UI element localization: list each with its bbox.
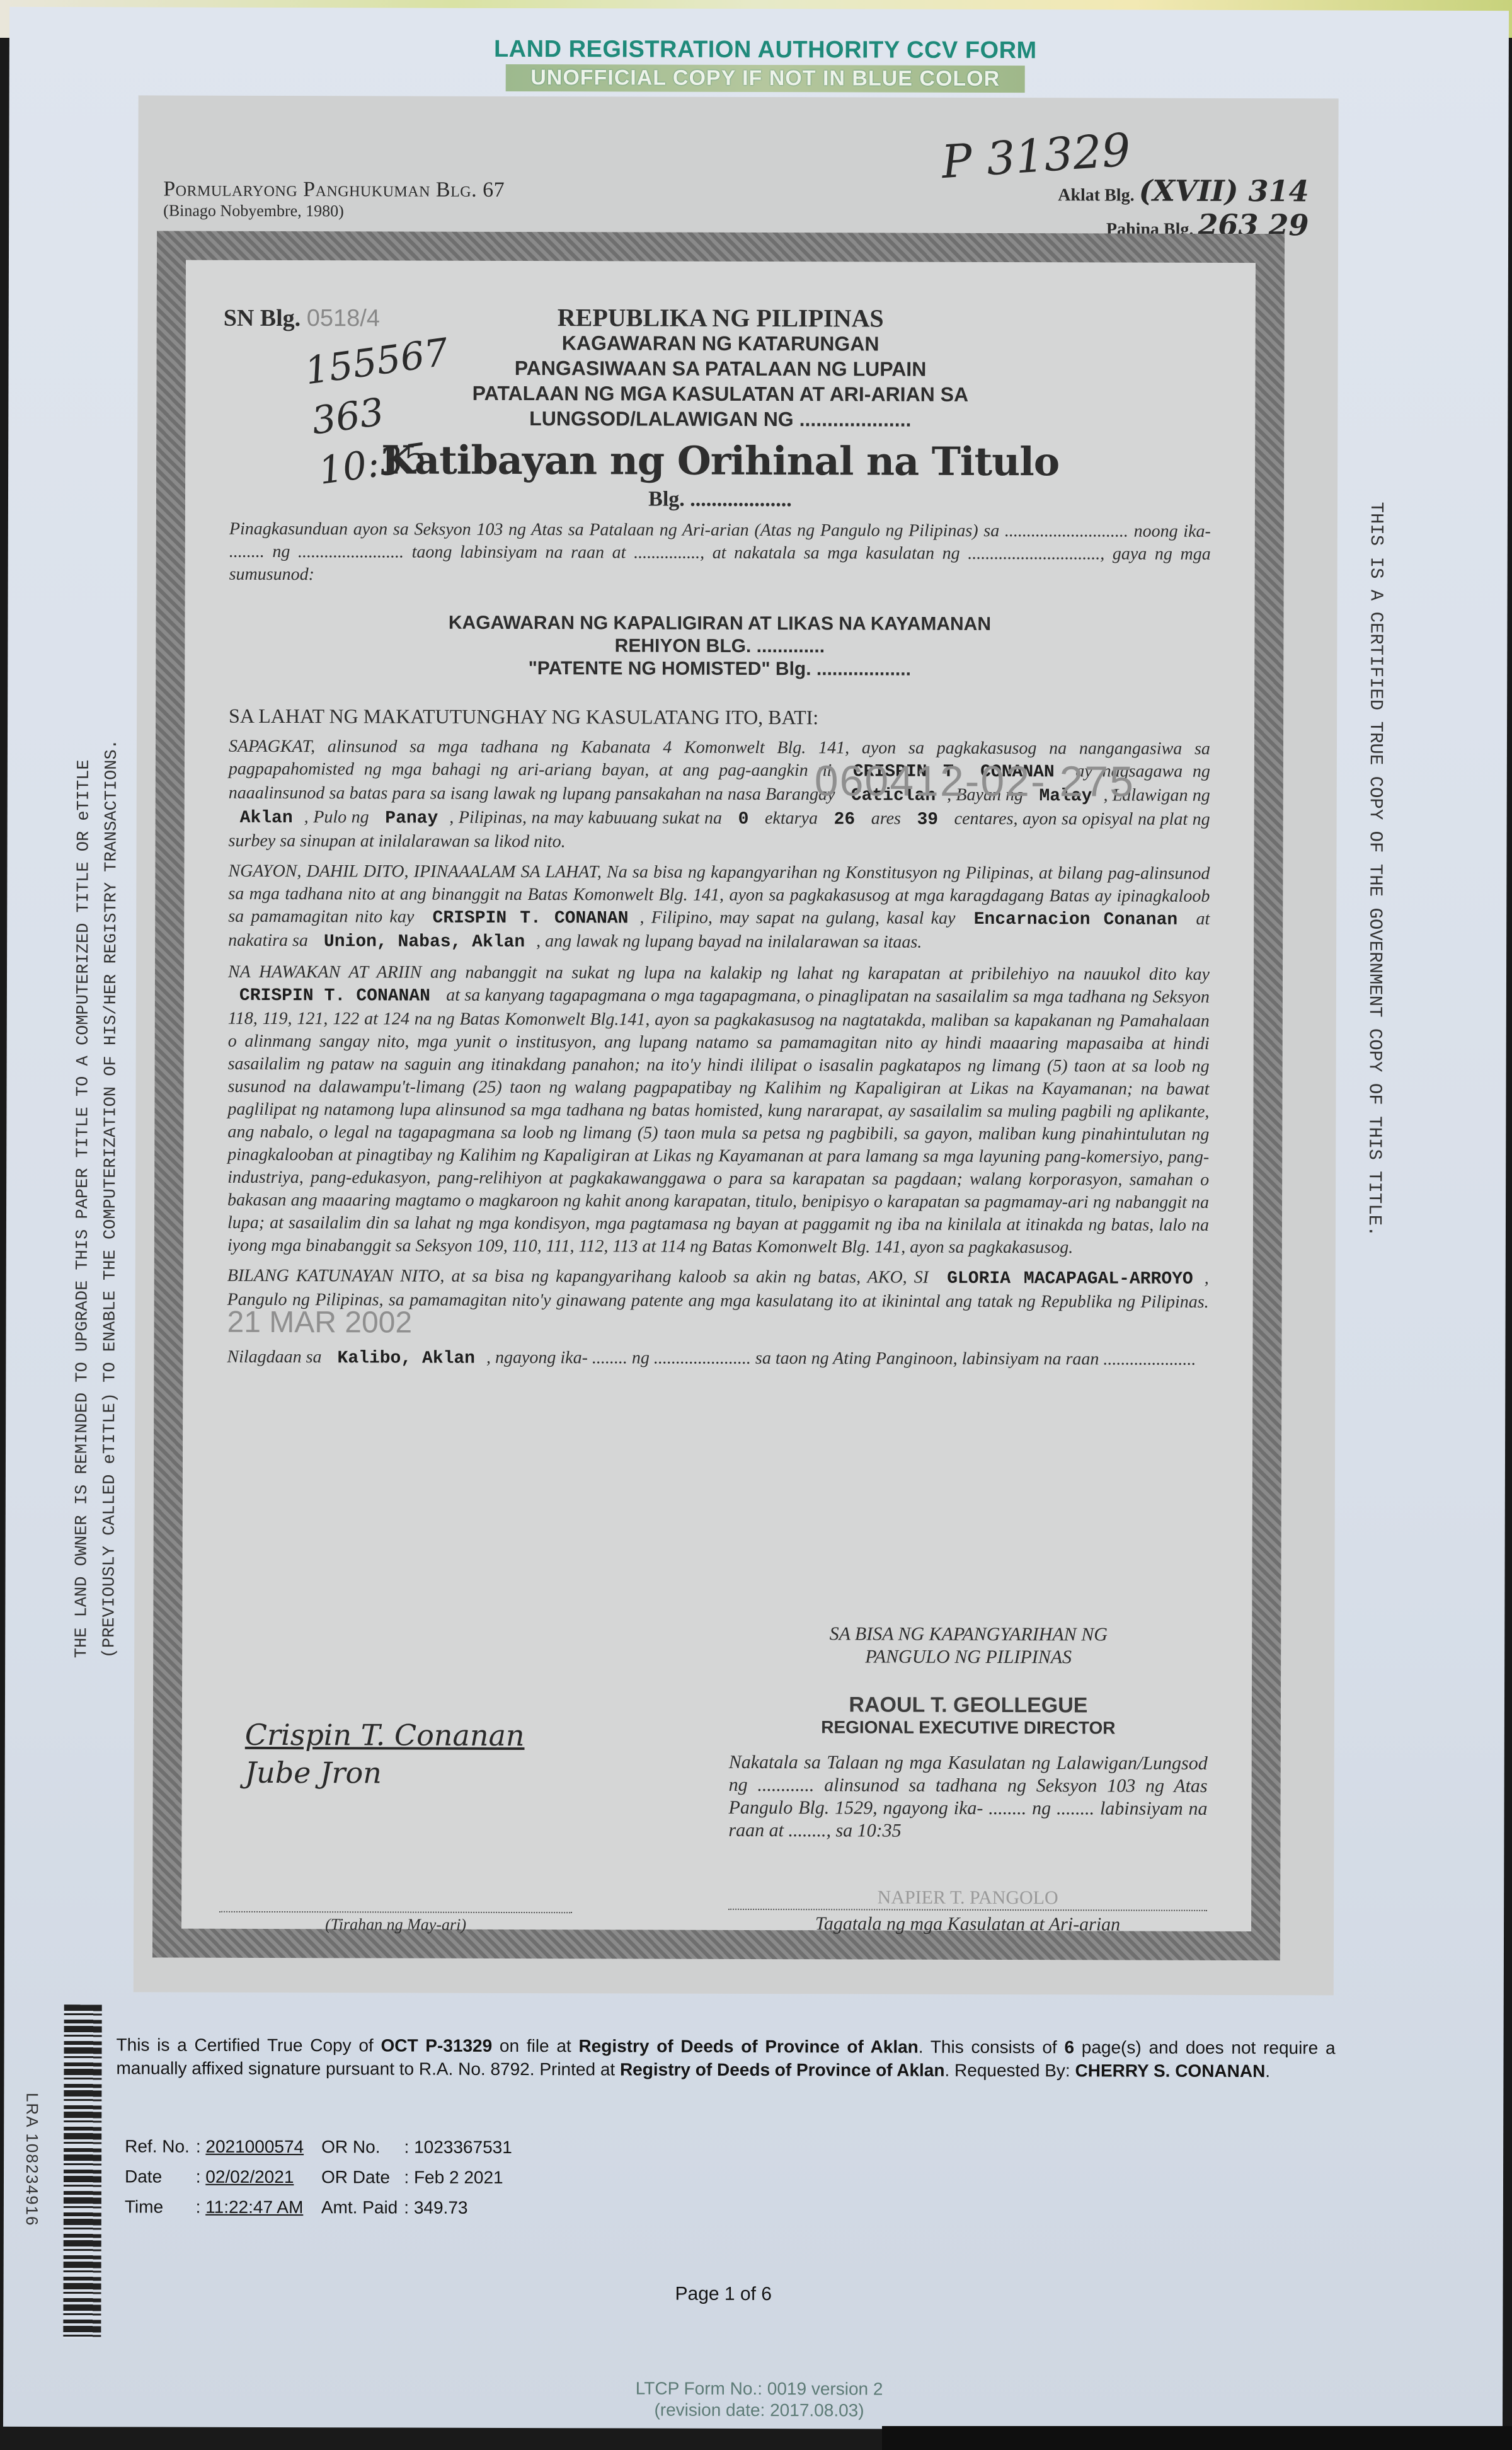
holder-name: CRISPIN T. CONANAN [228, 986, 442, 1006]
text: . This consists of [919, 2037, 1065, 2057]
text: , Pulo ng [304, 807, 369, 827]
barcode [63, 2004, 101, 2338]
or-no-value: 1023367531 [414, 2137, 512, 2157]
denr-region: REHIYON BLG. ............. [229, 634, 1210, 659]
serial-number: SN Blg. 0518/4 [224, 304, 380, 333]
registrar-name: NAPIER T. PANGOLO [728, 1886, 1207, 1910]
paragraph-ngayon: NGAYON, DAHIL DITO, IPINAAALAM SA LAHAT,… [228, 860, 1210, 956]
province: Aklan [229, 808, 304, 828]
owner-address-label: (Tirahan ng May-ari) [219, 1911, 572, 1935]
paragraph-bilang-katunayan: BILANG KATUNAYAN NITO, at sa bisa ng kap… [227, 1265, 1209, 1341]
text: ektarya [765, 808, 818, 828]
or-date-value: Feb 2 2021 [414, 2168, 503, 2187]
computerization-reminder: THE LAND OWNER IS REMINDED TO UPGRADE TH… [68, 739, 126, 1658]
text: . Requested By: [944, 2061, 1075, 2081]
registration-text: Nakatala sa Talaan ng mga Kasulatan ng L… [728, 1751, 1207, 1843]
president-name: GLORIA MACAPAGAL-ARROYO [936, 1269, 1205, 1289]
title-blg: Blg. ................... [229, 486, 1211, 513]
registrar-title: Tagatala ng mga Kasulatan at Ari-arian [728, 1909, 1207, 1936]
amount-paid-label: Amt. Paid [310, 2193, 403, 2222]
text: BILANG KATUNAYAN NITO, at sa bisa ng kap… [227, 1266, 929, 1287]
form-identifier: Pormularyong Panghukuman Blg. 67 (Binago… [163, 178, 505, 221]
owner-signature: Crispin T. Conanan Jube Jron [245, 1716, 525, 1792]
text: , ang lawak ng lupang bayad na inilalara… [536, 931, 922, 952]
homestead-patent: "PATENTE NG HOMISTED" Blg. .............… [229, 657, 1210, 682]
text: NA HAWAKAN AT ARIIN ang nabanggit na suk… [228, 962, 1210, 984]
owner-signature-2: Jube Jron [245, 1754, 525, 1792]
form-name: Pormularyong Panghukuman Blg. 67 [163, 178, 505, 202]
residence: Union, Nabas, Aklan [312, 932, 536, 952]
area-hectares: 0 [727, 810, 760, 829]
page-count: 6 [1064, 2037, 1074, 2057]
issue-date-stamp: 21 MAR 2002 [227, 1306, 412, 1340]
ltcp-form-number: LTCP Form No.: 0019 version 2 [608, 2378, 910, 2400]
reminder-line-1: THE LAND OWNER IS REMINDED TO UPGRADE TH… [68, 739, 98, 1658]
grantee-name: CRISPIN T. CONANAN [421, 909, 640, 929]
authority-title: LAND REGISTRATION AUTHORITY CCV FORM [444, 36, 1087, 65]
form-revised: (Binago Nobyembre, 1980) [163, 202, 505, 221]
background-shadow [882, 2426, 1512, 2450]
intro-paragraph: Pinagkasunduan ayon sa Seksyon 103 ng At… [229, 518, 1211, 589]
time-value: 11:22:47 AM [205, 2197, 303, 2217]
island: Panay [374, 808, 449, 828]
page-indicator: Page 1 of 6 [675, 2284, 772, 2305]
amount-paid-value: 349.73 [414, 2198, 468, 2217]
revision-date: (revision date: 2017.08.03) [608, 2399, 910, 2421]
signed-place: Kalibo, Aklan [326, 1349, 487, 1369]
text: at sa kanyang tagapagmana o mga tagapagm… [227, 986, 1210, 1258]
certified-true-copy-note: THIS IS A CERTIFIED TRUE COPY OF THE GOV… [1364, 502, 1387, 1237]
transaction-references: Ref. No. : 2021000574 OR No. : 102336753… [123, 2131, 518, 2224]
registry-office: Registry of Deeds of Province of Aklan [578, 2036, 918, 2056]
denr-department: KAGAWARAN NG KAPALIGIRAN AT LIKAS NA KAY… [229, 611, 1210, 636]
text: on file at [492, 2036, 578, 2056]
owner-signature-name: Crispin T. Conanan [245, 1716, 525, 1754]
printed-at: Registry of Deeds of Province of Aklan [620, 2059, 945, 2079]
or-no-label: OR No. [310, 2132, 403, 2161]
unofficial-notice: UNOFFICIAL COPY IF NOT IN BLUE COLOR [505, 64, 1025, 93]
date-label: Date [125, 2162, 195, 2191]
text: , Filipino, may sapat na gulang, kasal k… [639, 908, 955, 928]
date-value: 02/02/2021 [205, 2167, 294, 2187]
scanned-title-image: Pormularyong Panghukuman Blg. 67 (Binago… [134, 95, 1339, 1995]
or-date-label: OR Date [310, 2163, 403, 2192]
signatory-block: SA BISA NG KAPANGYARIHAN NG PANGULO NG P… [728, 1623, 1208, 1936]
title-border-frame: SN Blg. 0518/4 155567 363 10:35 REPUBLIK… [152, 231, 1285, 1961]
text: . [1265, 2061, 1270, 2081]
area-ares: 26 [823, 810, 867, 829]
ref-no-value: 2021000574 [205, 2137, 304, 2156]
sn-value: 0518/4 [307, 305, 380, 331]
denr-heading: KAGAWARAN NG KAPALIGIRAN AT LIKAS NA KAY… [229, 611, 1210, 682]
authority-line-2: PANGULO NG PILIPINAS [729, 1645, 1208, 1669]
director-name: RAOUL T. GEOLLEGUE [729, 1693, 1208, 1717]
paragraph-na-hawakan: NA HAWAKAN AT ARIIN ang nabanggit na suk… [227, 961, 1210, 1260]
certified-copy-page: LAND REGISTRATION AUTHORITY CCV FORM UNO… [3, 7, 1509, 2430]
time-label: Time [125, 2192, 195, 2221]
handwritten-notes: 155567 363 10:35 [302, 327, 466, 497]
text: , Pilipinas, na may kabuuang sukat na [449, 808, 722, 828]
text: This is a Certified True Copy of [117, 2035, 381, 2055]
reminder-line-2: (PREVIOUSLY CALLED eTITLE) TO ENABLE THE… [96, 739, 126, 1658]
aklat-value: (XVII) 314 [1139, 174, 1309, 209]
sn-label: SN Blg. [224, 305, 301, 331]
barcode-number: LRA 108234916 [22, 2093, 42, 2227]
requested-by: CHERRY S. CONANAN [1075, 2061, 1265, 2081]
text: Nilagdaan sa [227, 1347, 321, 1367]
text: , ngayong ika- ........ ng .............… [486, 1348, 1196, 1369]
title-reference: OCT P-31329 [381, 2035, 492, 2055]
greeting: SA LAHAT NG MAKATUTUNGHAY NG KASULATANG … [229, 705, 1210, 730]
director-title: REGIONAL EXECUTIVE DIRECTOR [729, 1716, 1208, 1740]
authority-line-1: SA BISA NG KAPANGYARIHAN NG [729, 1623, 1208, 1647]
paragraph-nilagdaan: Nilagdaan sa Kalibo, Aklan, ngayong ika-… [227, 1346, 1208, 1372]
patent-number-stamp: 060412-02- 275 [815, 756, 1135, 806]
title-body: SN Blg. 0518/4 155567 363 10:35 REPUBLIK… [181, 260, 1256, 1931]
book-page-reference: Aklat Blg. (XVII) 314 Pahina Blg. 263 29 [1058, 173, 1309, 242]
area-centares: 39 [905, 810, 949, 830]
ltcp-form-info: LTCP Form No.: 0019 version 2 (revision … [608, 2378, 910, 2421]
ref-no-label: Ref. No. [125, 2132, 195, 2161]
certification-statement: This is a Certified True Copy of OCT P-3… [116, 2033, 1335, 2083]
spouse-name: Encarnacion Conanan [963, 910, 1189, 930]
text: ares [871, 808, 901, 828]
aklat-label: Aklat Blg. [1058, 185, 1134, 205]
lra-header: LAND REGISTRATION AUTHORITY CCV FORM UNO… [444, 36, 1087, 93]
